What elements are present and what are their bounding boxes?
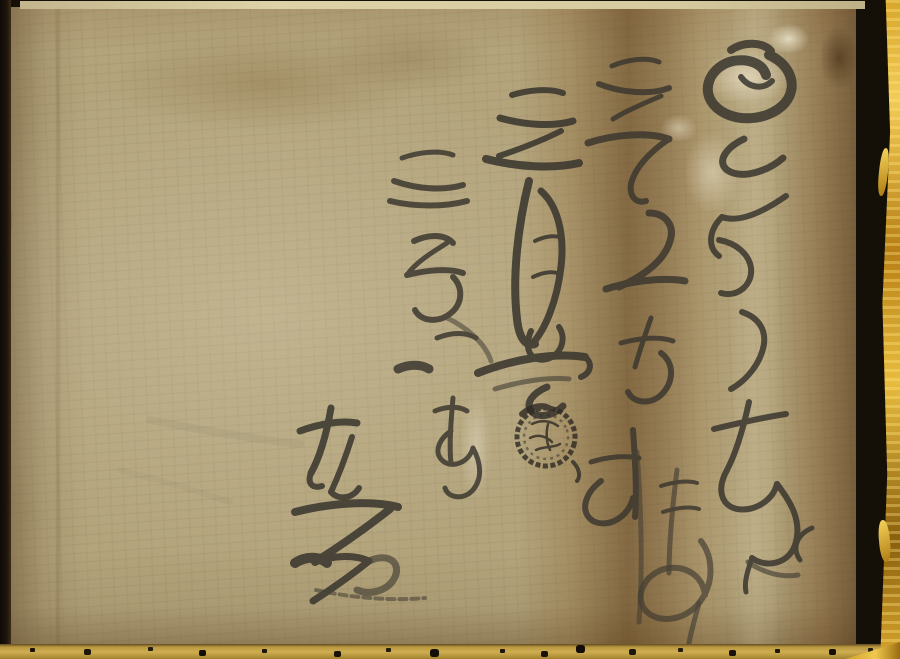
mount-band-bottom [0, 644, 900, 659]
calligraphy-column-4 [390, 152, 491, 497]
faint-ink-traces [4, 196, 300, 502]
calligraphy-column-2 [585, 59, 710, 643]
backing-strip-top [20, 1, 865, 9]
frame-shadow-left [0, 0, 11, 659]
signature-kao [295, 408, 425, 601]
photo-of-letter [0, 0, 900, 659]
calligraphy-column-1 [708, 44, 812, 592]
calligraphy-layer [0, 0, 900, 659]
